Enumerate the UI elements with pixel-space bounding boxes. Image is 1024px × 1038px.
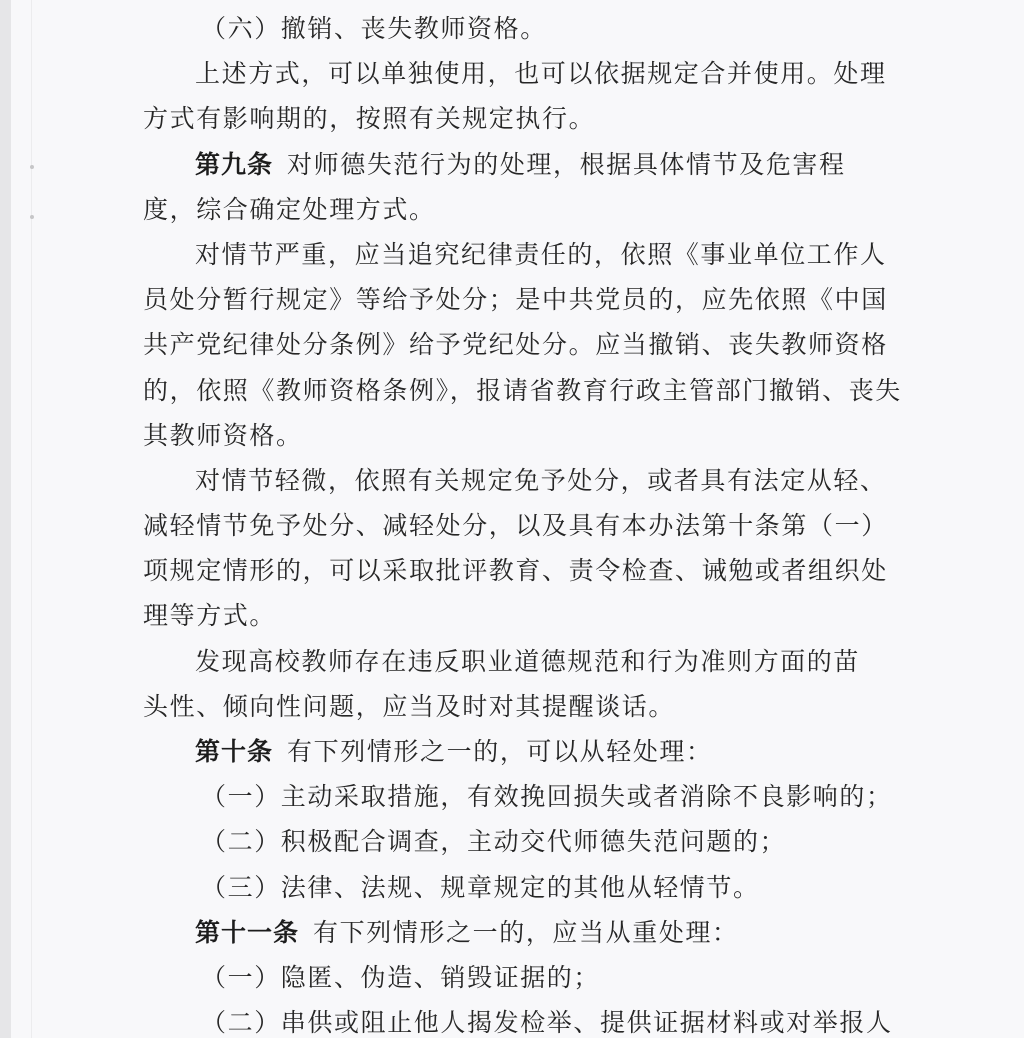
document-body: （六）撤销、丧失教师资格。 上述方式，可以单独使用，也可以依据规定合并使用。处理… bbox=[143, 6, 883, 1038]
paragraph-line: 对情节严重，应当追究纪律责任的，依照《事业单位工作人 bbox=[143, 232, 883, 277]
list-item: （六）撤销、丧失教师资格。 bbox=[143, 6, 883, 51]
line-text: 度，综合确定处理方式。 bbox=[143, 195, 436, 224]
line-text: 方式有影响期的，按照有关规定执行。 bbox=[143, 104, 595, 133]
line-text: 理等方式。 bbox=[143, 601, 276, 630]
article-number: 第九条 bbox=[195, 150, 273, 179]
line-text: 员处分暂行规定》等给予处分；是中共党员的，应先依照《中国 bbox=[143, 285, 888, 314]
article-number: 第十条 bbox=[195, 737, 273, 766]
paragraph-line: 上述方式，可以单独使用，也可以依据规定合并使用。处理 bbox=[143, 51, 883, 96]
article-heading-11: 第十一条有下列情形之一的，应当从重处理： bbox=[143, 910, 883, 955]
line-text: 共产党纪律处分条例》给予党纪处分。应当撤销、丧失教师资格 bbox=[143, 330, 888, 359]
list-item: （一）主动采取措施，有效挽回损失或者消除不良影响的； bbox=[143, 774, 883, 819]
paragraph-line: 方式有影响期的，按照有关规定执行。 bbox=[143, 96, 883, 141]
paragraph-line: 员处分暂行规定》等给予处分；是中共党员的，应先依照《中国 bbox=[143, 277, 883, 322]
binding-margin-line bbox=[31, 0, 32, 1038]
line-text: 发现高校教师存在违反职业道德规范和行为准则方面的苗 bbox=[195, 647, 860, 676]
line-text: （三）法律、法规、规章规定的其他从轻情节。 bbox=[201, 873, 760, 902]
paragraph-line: 头性、倾向性问题，应当及时对其提醒谈话。 bbox=[143, 684, 883, 729]
line-text: （二）串供或阻止他人揭发检举、提供证据材料或对举报人 bbox=[201, 1008, 893, 1037]
paragraph-line: 发现高校教师存在违反职业道德规范和行为准则方面的苗 bbox=[143, 639, 883, 684]
paragraph-line: 对情节轻微，依照有关规定免予处分，或者具有法定从轻、 bbox=[143, 458, 883, 503]
line-text: 对情节严重，应当追究纪律责任的，依照《事业单位工作人 bbox=[195, 240, 887, 269]
scan-edge-strip bbox=[0, 0, 11, 1038]
paragraph-line: 的，依照《教师资格条例》，报请省教育行政主管部门撤销、丧失 bbox=[143, 368, 883, 413]
list-item: （二）串供或阻止他人揭发检举、提供证据材料或对举报人 bbox=[143, 1000, 883, 1038]
paragraph-line: 项规定情形的，可以采取批评教育、责令检查、诫勉或者组织处 bbox=[143, 548, 883, 593]
line-text: 有下列情形之一的，应当从重处理： bbox=[313, 918, 739, 947]
list-item: （一）隐匿、伪造、销毁证据的； bbox=[143, 955, 883, 1000]
article-heading-9: 第九条对师德失范行为的处理，根据具体情节及危害程 bbox=[143, 142, 883, 187]
paragraph-line: 共产党纪律处分条例》给予党纪处分。应当撤销、丧失教师资格 bbox=[143, 322, 883, 367]
line-text: （六）撤销、丧失教师资格。 bbox=[201, 14, 547, 43]
line-text: 其教师资格。 bbox=[143, 421, 303, 450]
scanned-document-page: （六）撤销、丧失教师资格。 上述方式，可以单独使用，也可以依据规定合并使用。处理… bbox=[0, 0, 1024, 1038]
line-text: 对情节轻微，依照有关规定免予处分，或者具有法定从轻、 bbox=[195, 466, 887, 495]
line-text: 对师德失范行为的处理，根据具体情节及危害程 bbox=[287, 150, 846, 179]
line-text: 减轻情节免予处分、减轻处分，以及具有本办法第十条第（一） bbox=[143, 511, 888, 540]
paragraph-line: 度，综合确定处理方式。 bbox=[143, 187, 883, 232]
article-heading-10: 第十条有下列情形之一的，可以从轻处理： bbox=[143, 729, 883, 774]
scan-mark bbox=[30, 215, 34, 219]
line-text: （一）主动采取措施，有效挽回损失或者消除不良影响的； bbox=[201, 782, 893, 811]
paragraph-line: 理等方式。 bbox=[143, 593, 883, 638]
paragraph-line: 减轻情节免予处分、减轻处分，以及具有本办法第十条第（一） bbox=[143, 503, 883, 548]
list-item: （三）法律、法规、规章规定的其他从轻情节。 bbox=[143, 865, 883, 910]
line-text: （一）隐匿、伪造、销毁证据的； bbox=[201, 963, 600, 992]
line-text: （二）积极配合调查，主动交代师德失范问题的； bbox=[201, 827, 786, 856]
line-text: 项规定情形的，可以采取批评教育、责令检查、诫勉或者组织处 bbox=[143, 556, 888, 585]
article-number: 第十一条 bbox=[195, 918, 299, 947]
line-text: 有下列情形之一的，可以从轻处理： bbox=[287, 737, 713, 766]
line-text: 的，依照《教师资格条例》，报请省教育行政主管部门撤销、丧失 bbox=[143, 376, 902, 405]
scan-mark bbox=[30, 165, 34, 169]
paragraph-line: 其教师资格。 bbox=[143, 413, 883, 458]
line-text: 头性、倾向性问题，应当及时对其提醒谈话。 bbox=[143, 692, 675, 721]
line-text: 上述方式，可以单独使用，也可以依据规定合并使用。处理 bbox=[195, 59, 887, 88]
list-item: （二）积极配合调查，主动交代师德失范问题的； bbox=[143, 819, 883, 864]
